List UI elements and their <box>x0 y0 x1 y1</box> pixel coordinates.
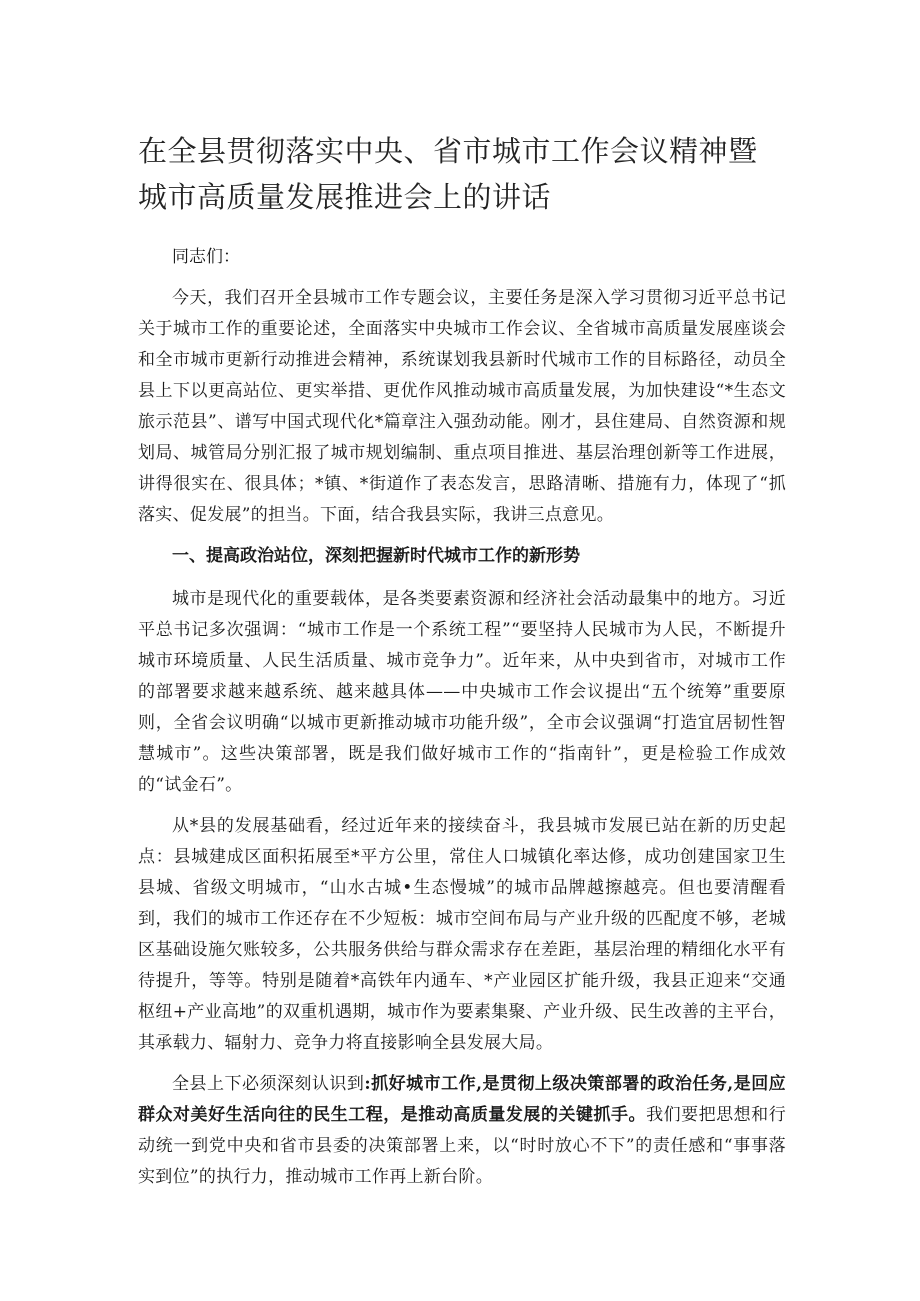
intro-paragraph: 今天，我们召开全县城市工作专题会议，主要任务是深入学习贯彻习近平总书记关于城市工… <box>138 283 786 531</box>
section1-paragraph-3: 全县上下必须深刻认识到:抓好城市工作,是贯彻上级决策部署的政治任务,是回应群众对… <box>138 1069 786 1193</box>
document-page: 在全县贯彻落实中央、省市城市工作会议精神暨城市高质量发展推进会上的讲话 同志们：… <box>138 128 786 1203</box>
section-heading-1: 一、提高政治站位，深刻把握新时代城市工作的新形势 <box>138 541 786 572</box>
section1-paragraph-2: 从*县的发展基础看，经过近年来的接续奋斗，我县城市发展已站在新的历史起点：县城建… <box>138 811 786 1059</box>
greeting: 同志们： <box>138 242 786 273</box>
paragraph-lead-text: 全县上下必须深刻认识到 <box>172 1074 364 1094</box>
document-title: 在全县贯彻落实中央、省市城市工作会议精神暨城市高质量发展推进会上的讲话 <box>138 128 786 220</box>
section1-paragraph-1: 城市是现代化的重要载体，是各类要素资源和经济社会活动最集中的地方。习近平总书记多… <box>138 584 786 801</box>
